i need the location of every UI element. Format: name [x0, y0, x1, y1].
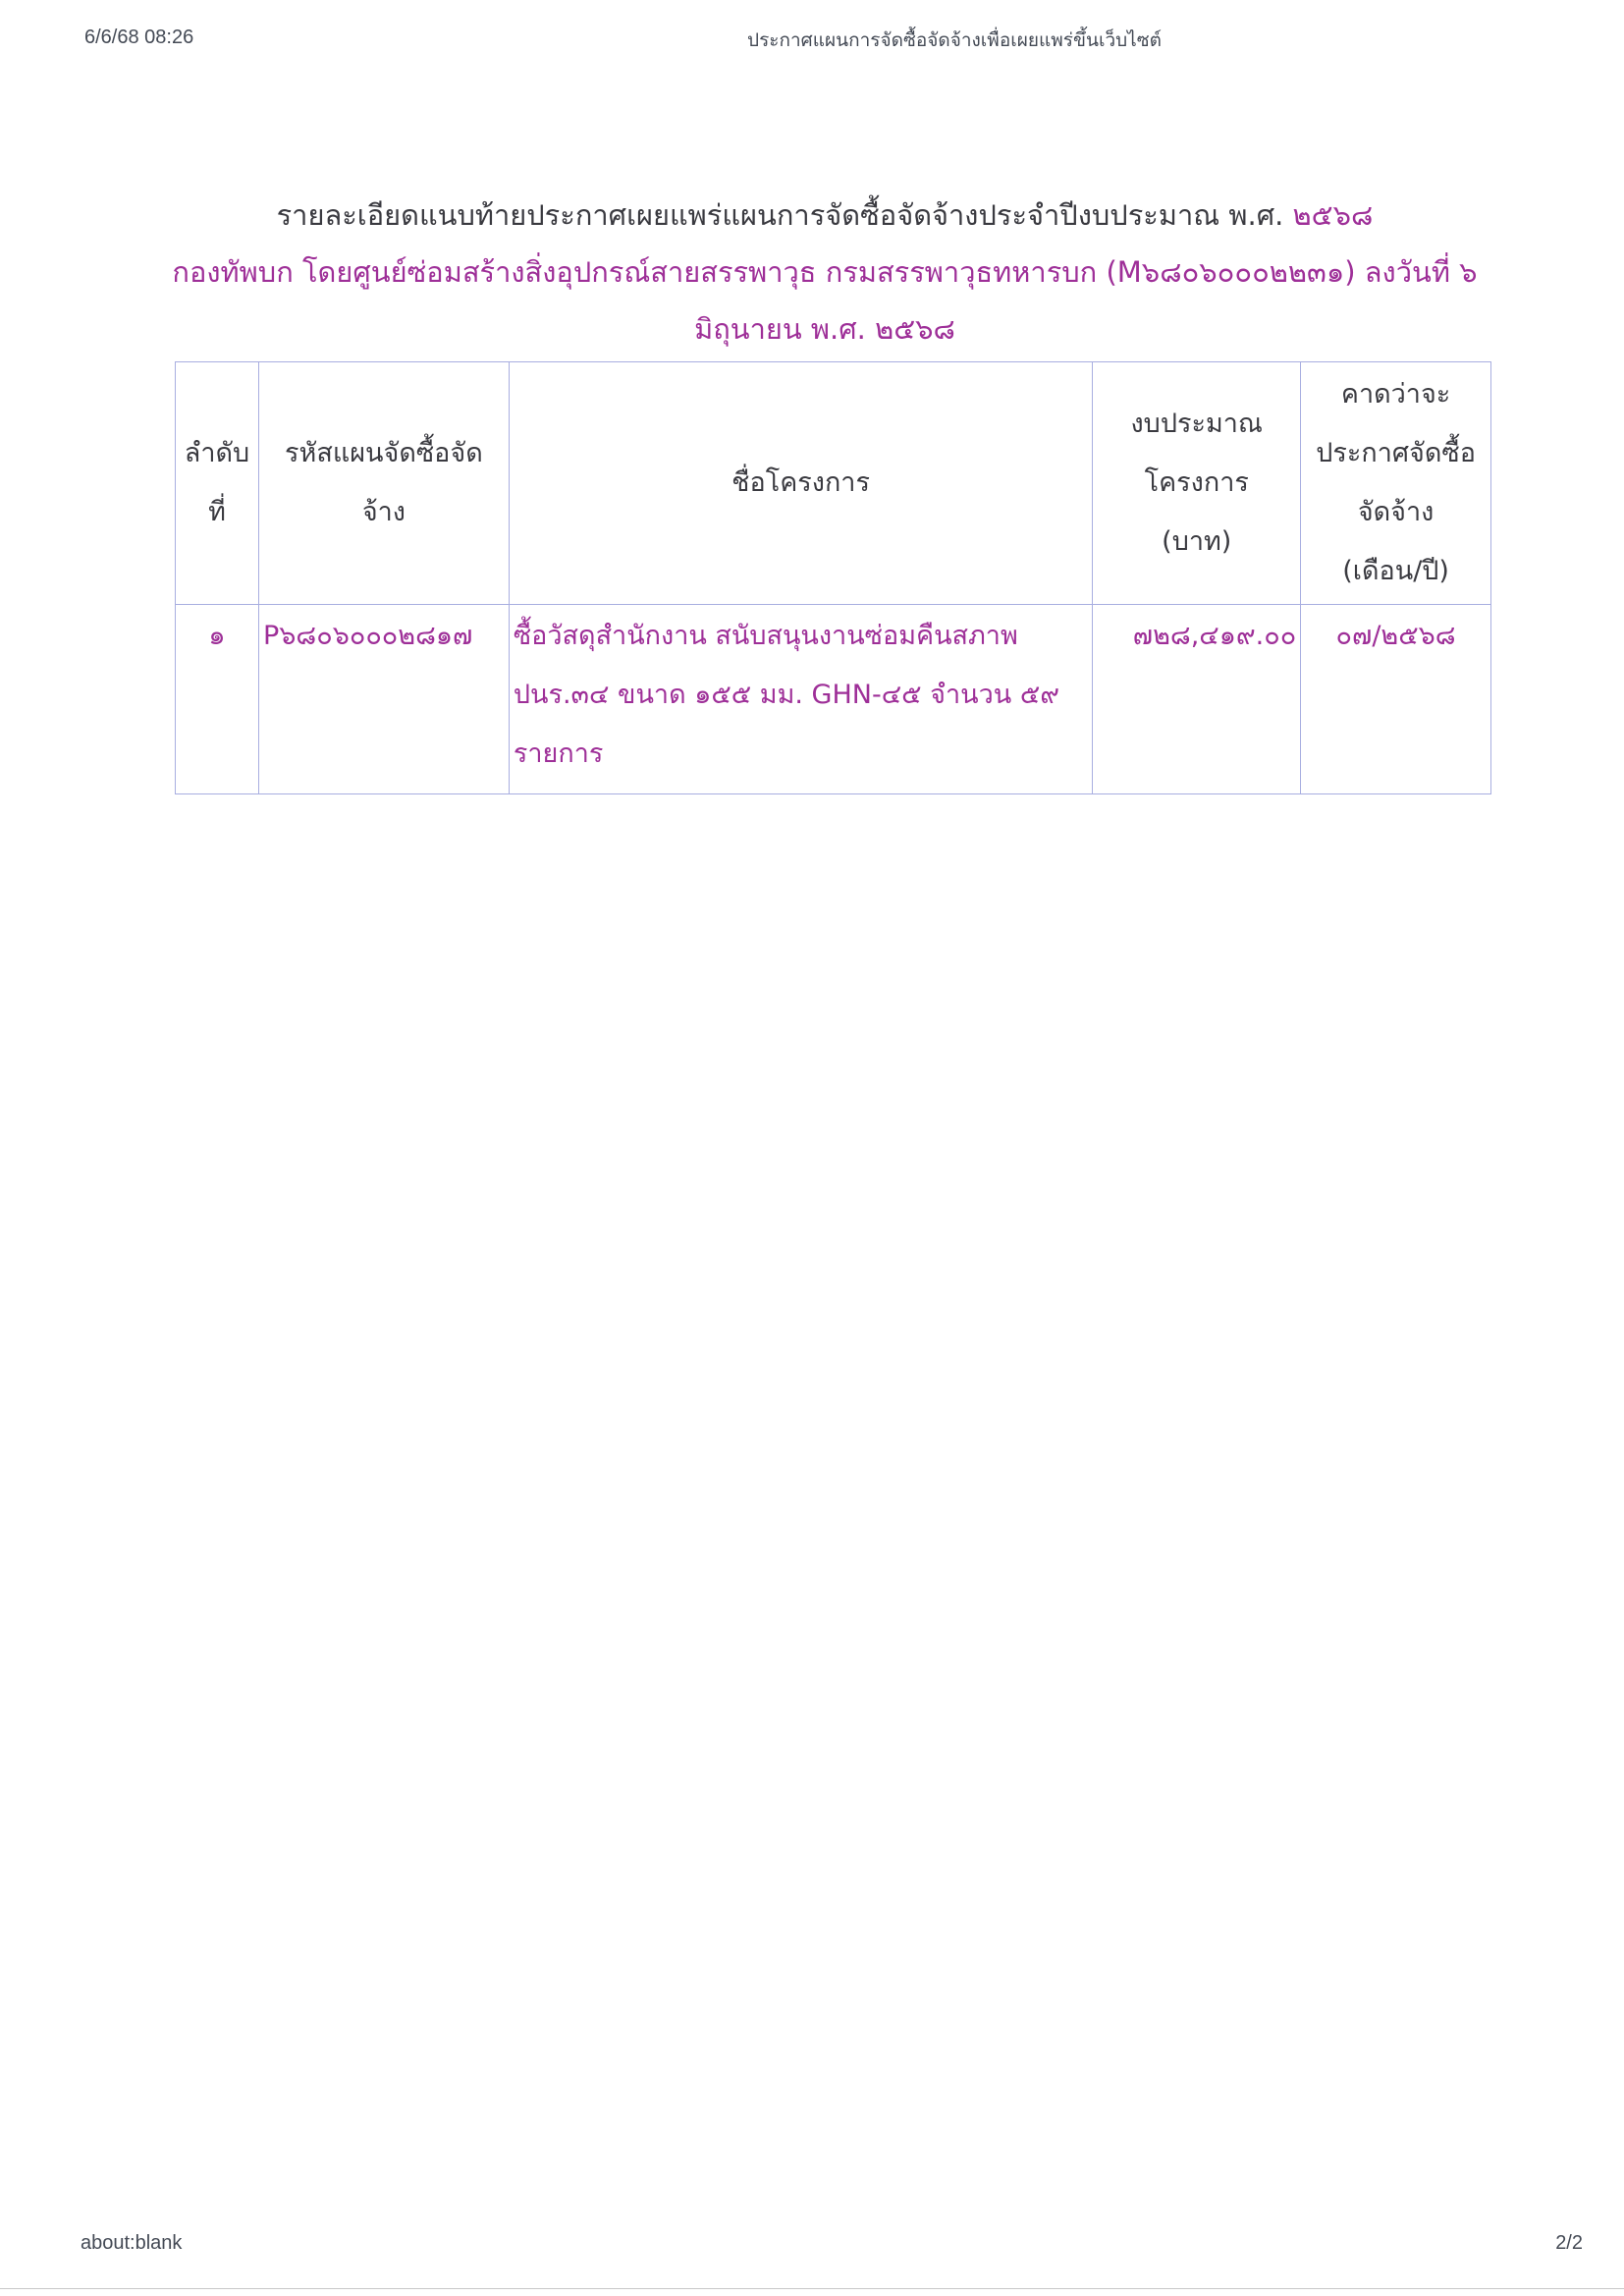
- header-expected-date-line: (เดือน/ปี): [1305, 542, 1487, 601]
- document-title: รายละเอียดแนบท้ายประกาศเผยแพร่แผนการจัดซ…: [147, 187, 1502, 357]
- header-expected-date-line: ประกาศจัดซื้อ: [1305, 424, 1487, 483]
- title-line-1-text: รายละเอียดแนบท้ายประกาศเผยแพร่แผนการจัดซ…: [277, 198, 1293, 232]
- page-bottom-rule: [0, 2288, 1624, 2289]
- table-header-row: ลำดับ ที่ รหัสแผนจัดซื้อจัด จ้าง ชื่อโคร…: [176, 362, 1491, 605]
- header-expected-date-line: คาดว่าจะ: [1305, 365, 1487, 424]
- title-line-1: รายละเอียดแนบท้ายประกาศเผยแพร่แผนการจัดซ…: [147, 187, 1502, 244]
- header-project-name-line: ชื่อโครงการ: [514, 454, 1088, 513]
- cell-expected-date: ๐๗/๒๕๖๘: [1301, 605, 1491, 794]
- title-line-1-year: ๒๕๖๘: [1293, 198, 1374, 232]
- cell-project-name: ซื้อวัสดุสำนักงาน สนับสนุนงานซ่อมคืนสภาพ…: [509, 605, 1092, 794]
- title-line-3: มิถุนายน พ.ศ. ๒๕๖๘: [147, 301, 1502, 357]
- print-page-title: ประกาศแผนการจัดซื้อจัดจ้างเพื่อเผยแพร่ขึ…: [0, 26, 1624, 55]
- procurement-plan-table: ลำดับ ที่ รหัสแผนจัดซื้อจัด จ้าง ชื่อโคร…: [175, 361, 1491, 794]
- title-line-2: กองทัพบก โดยศูนย์ซ่อมสร้างสิ่งอุปกรณ์สาย…: [147, 244, 1502, 301]
- header-plan-code: รหัสแผนจัดซื้อจัด จ้าง: [258, 362, 509, 605]
- header-expected-date-line: จัดจ้าง: [1305, 483, 1487, 542]
- header-no-line: ลำดับ: [180, 424, 254, 483]
- table-row: ๑ P๖๘๐๖๐๐๐๒๘๑๗ ซื้อวัสดุสำนักงาน สนับสนุ…: [176, 605, 1491, 794]
- cell-no: ๑: [176, 605, 259, 794]
- cell-budget: ๗๒๘,๔๑๙.๐๐: [1093, 605, 1301, 794]
- header-project-name: ชื่อโครงการ: [509, 362, 1092, 605]
- header-no-line: ที่: [180, 483, 254, 542]
- cell-plan-code: P๖๘๐๖๐๐๐๒๘๑๗: [258, 605, 509, 794]
- header-budget-line: (บาท): [1097, 513, 1296, 572]
- header-budget-line: งบประมาณ: [1097, 395, 1296, 454]
- header-no: ลำดับ ที่: [176, 362, 259, 605]
- header-plan-code-line: จ้าง: [263, 483, 505, 542]
- print-page-number: 2/2: [1555, 2232, 1583, 2255]
- header-budget-line: โครงการ: [1097, 454, 1296, 513]
- header-plan-code-line: รหัสแผนจัดซื้อจัด: [263, 424, 505, 483]
- header-expected-date: คาดว่าจะ ประกาศจัดซื้อ จัดจ้าง (เดือน/ปี…: [1301, 362, 1491, 605]
- print-url: about:blank: [81, 2232, 182, 2255]
- header-budget: งบประมาณ โครงการ (บาท): [1093, 362, 1301, 605]
